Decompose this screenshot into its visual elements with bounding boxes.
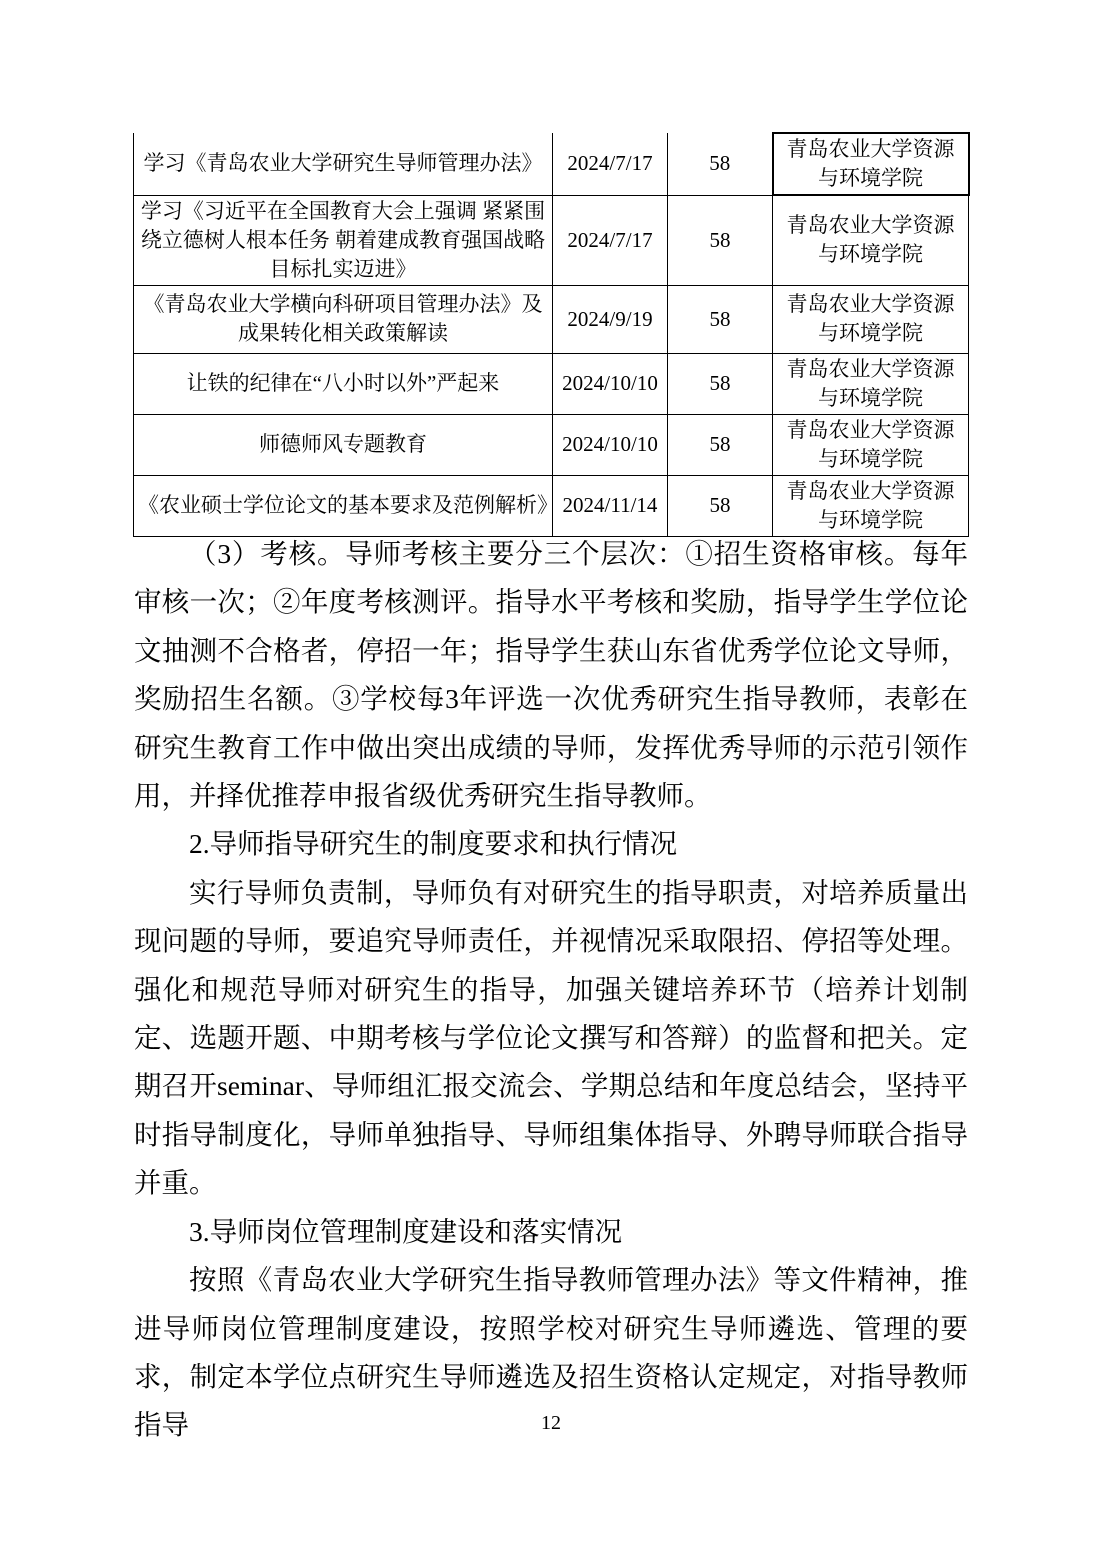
cell-organizer: 青岛农业大学资源与环境学院: [773, 414, 969, 475]
cell-organizer: 青岛农业大学资源与环境学院: [773, 475, 969, 536]
heading-supervision-system: 2.导师指导研究生的制度要求和执行情况: [134, 820, 968, 868]
cell-participant-count: 58: [668, 475, 773, 536]
table-row: 《青岛农业大学横向科研项目管理办法》及成果转化相关政策解读 2024/9/19 …: [134, 285, 969, 353]
table-row: 师德师风专题教育 2024/10/10 58 青岛农业大学资源与环境学院: [134, 414, 969, 475]
table-row: 《农业硕士学位论文的基本要求及范例解析》 2024/11/14 58 青岛农业大…: [134, 475, 969, 536]
cell-training-title: 让铁的纪律在“八小时以外”严起来: [134, 353, 553, 414]
paragraph-supervisor-responsibility: 实行导师负责制，导师负有对研究生的指导职责，对培养质量出现问题的导师，要追究导师…: [134, 869, 968, 1208]
cell-training-date: 2024/7/17: [553, 195, 668, 285]
cell-training-title: 学习《习近平在全国教育大会上强调 紧紧围绕立德树人根本任务 朝着建成教育强国战略…: [134, 195, 553, 285]
cell-training-date: 2024/10/10: [553, 353, 668, 414]
cell-training-title: 师德师风专题教育: [134, 414, 553, 475]
table-row: 学习《青岛农业大学研究生导师管理办法》 2024/7/17 58 青岛农业大学资…: [134, 133, 969, 195]
cell-organizer: 青岛农业大学资源与环境学院: [773, 353, 969, 414]
cell-training-title: 《青岛农业大学横向科研项目管理办法》及成果转化相关政策解读: [134, 285, 553, 353]
cell-training-title: 学习《青岛农业大学研究生导师管理办法》: [134, 133, 553, 195]
body-text: （3）考核。导师考核主要分三个层次：①招生资格审核。每年审核一次；②年度考核测评…: [134, 530, 968, 1450]
cell-training-date: 2024/9/19: [553, 285, 668, 353]
cell-organizer: 青岛农业大学资源与环境学院: [773, 133, 969, 195]
supervisor-training-table: 学习《青岛农业大学研究生导师管理办法》 2024/7/17 58 青岛农业大学资…: [133, 132, 970, 537]
cell-organizer: 青岛农业大学资源与环境学院: [773, 195, 969, 285]
cell-participant-count: 58: [668, 133, 773, 195]
cell-organizer: 青岛农业大学资源与环境学院: [773, 285, 969, 353]
cell-training-date: 2024/7/17: [553, 133, 668, 195]
document-page: 学习《青岛农业大学研究生导师管理办法》 2024/7/17 58 青岛农业大学资…: [0, 0, 1102, 1559]
cell-participant-count: 58: [668, 414, 773, 475]
paragraph-assessment: （3）考核。导师考核主要分三个层次：①招生资格审核。每年审核一次；②年度考核测评…: [134, 530, 968, 820]
cell-training-date: 2024/11/14: [553, 475, 668, 536]
cell-participant-count: 58: [668, 195, 773, 285]
cell-participant-count: 58: [668, 353, 773, 414]
table-row: 学习《习近平在全国教育大会上强调 紧紧围绕立德树人根本任务 朝着建成教育强国战略…: [134, 195, 969, 285]
cell-training-title: 《农业硕士学位论文的基本要求及范例解析》: [134, 475, 553, 536]
table-row: 让铁的纪律在“八小时以外”严起来 2024/10/10 58 青岛农业大学资源与…: [134, 353, 969, 414]
heading-post-management: 3.导师岗位管理制度建设和落实情况: [134, 1208, 968, 1256]
cell-training-date: 2024/10/10: [553, 414, 668, 475]
cell-participant-count: 58: [668, 285, 773, 353]
page-number: 12: [0, 1412, 1102, 1435]
